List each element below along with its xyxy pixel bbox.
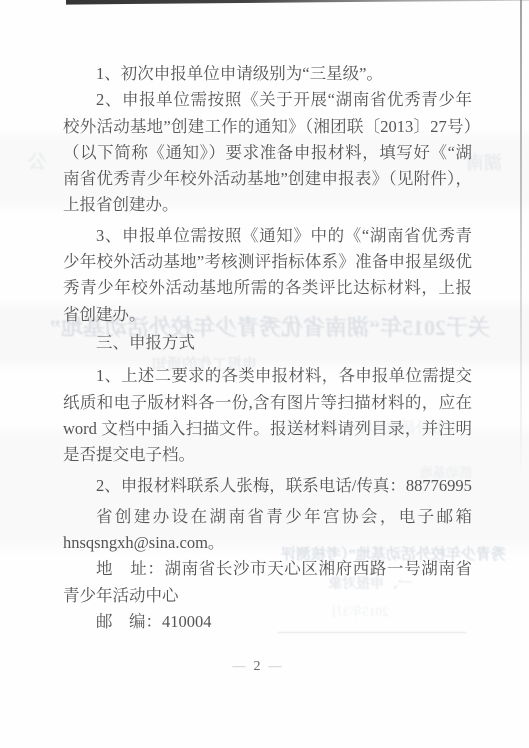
paragraph: 2、申报材料联系人张梅，联系电话/传真：88776995: [63, 473, 472, 499]
paragraph: 地 址：湖南省长沙市天心区湘府西路一号湖南省青少年活动中心: [63, 556, 472, 609]
paragraph: 省创建办设在湖南省青少年宫协会，电子邮箱hnsqsngxh@sina.com。: [63, 504, 472, 557]
paragraph: 三、申报方式: [63, 330, 472, 356]
paragraph: 邮 编：410004: [63, 609, 472, 635]
paragraph: 1、上述二要求的各类申报材料，各申报单位需提交纸质和电子版材料各一份,含有图片等…: [63, 363, 472, 468]
page-footer: —2—: [0, 658, 515, 675]
document-body: 1、初次申报单位申请级别为“三星级”。2、申报单位需按照《关于开展“湖南省优秀青…: [63, 61, 472, 635]
scanned-page: 关于2015年“湖南省优秀青少年校外活动基地”申报工作的通知公湖南年校外活动基地…: [0, 0, 529, 748]
bleedthrough-text: 公: [28, 147, 47, 174]
footer-page-number: 2: [254, 659, 262, 674]
footer-dash-left: —: [226, 658, 254, 673]
scan-right-edge-line: [520, 0, 522, 480]
paragraph: 2、申报单位需按照《关于开展“湖南省优秀青少年校外活动基地”创建工作的通知》（湘…: [63, 87, 472, 218]
paragraph: 1、初次申报单位申请级别为“三星级”。: [63, 61, 472, 87]
footer-dash-right: —: [262, 658, 290, 673]
scan-top-edge-artifact: [66, 0, 529, 5]
paragraph: 3、申报单位需按照《通知》中的《“湖南省优秀青少年校外活动基地”考核测评指标体系…: [63, 223, 472, 328]
